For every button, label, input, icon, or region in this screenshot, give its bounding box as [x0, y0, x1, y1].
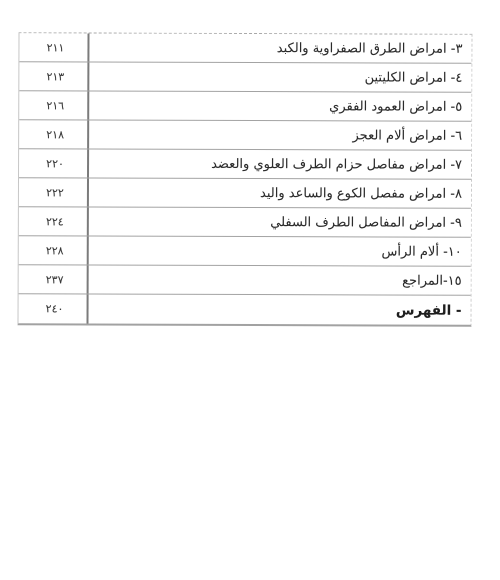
toc-row: ٢٢٤ ٩- امراض المفاصل الطرف السفلي [19, 207, 471, 238]
page-number: ٢٣٧ [42, 273, 64, 286]
page-number-cell: ٢١١ [19, 33, 89, 61]
title-cell: ٨- امراض مفصل الكوع والساعد واليد [89, 178, 471, 207]
title-cell: ٩- امراض المفاصل الطرف السفلي [89, 207, 471, 236]
page-number: ٢٢٢ [42, 186, 64, 199]
page-number: ٢١٣ [42, 70, 64, 83]
toc-row: ٢٣٧ ١٥-المراجع [19, 265, 471, 296]
page-number-cell: ٢٤٠ [18, 294, 88, 323]
chapter-title: ٧- امراض مفاصل حزام الطرف العلوي والعضد [211, 156, 462, 172]
title-cell: - الفهرس [88, 294, 470, 324]
scanned-document-page: ٢١١ ٣- امراض الطرق الصفراوية والكبد ٢١٣ … [0, 0, 500, 580]
chapter-title: ٤- امراض الكليتين [365, 70, 463, 85]
toc-row: ٢٢٢ ٨- امراض مفصل الكوع والساعد واليد [19, 178, 471, 209]
toc-row: ٢٢٠ ٧- امراض مفاصل حزام الطرف العلوي وال… [19, 149, 471, 180]
chapter-title: ٣- امراض الطرق الصفراوية والكبد [277, 41, 463, 57]
toc-row: ٢٢٨ ١٠- ألام الرأس [19, 236, 471, 267]
page-number-cell: ٢٣٧ [19, 265, 89, 293]
title-cell: ٥- امراض العمود الفقري [89, 91, 471, 120]
toc-row: ٢٤٠ - الفهرس [18, 294, 470, 325]
chapter-title: ١٥-المراجع [402, 273, 462, 288]
title-cell: ٧- امراض مفاصل حزام الطرف العلوي والعضد [89, 149, 471, 178]
title-cell: ٦- امراض ألام العجز [89, 120, 471, 149]
title-cell: ١٠- ألام الرأس [89, 236, 471, 265]
page-number-cell: ٢١٣ [19, 62, 89, 90]
page-number: ٢٢٤ [42, 215, 64, 228]
page-number: ٢١٦ [42, 99, 64, 112]
toc-row: ٢١٦ ٥- امراض العمود الفقري [19, 91, 471, 122]
page-number: ٢٢٠ [42, 157, 64, 170]
page-number-cell: ٢٢٢ [19, 178, 89, 206]
page-number-cell: ٢١٦ [19, 91, 89, 119]
page-number-cell: ٢٢٤ [19, 207, 89, 235]
page-number-cell: ٢٢٨ [19, 236, 89, 264]
toc-row: ٢١١ ٣- امراض الطرق الصفراوية والكبد [19, 33, 471, 64]
page-number-cell: ٢١٨ [19, 120, 89, 148]
toc-row: ٢١٣ ٤- امراض الكليتين [19, 62, 471, 93]
page-number: ٢١٨ [42, 128, 64, 141]
page-number: ٢٤٠ [42, 302, 64, 315]
chapter-title: - الفهرس [396, 302, 462, 318]
title-cell: ١٥-المراجع [89, 265, 471, 294]
chapter-title: ١٠- ألام الرأس [381, 244, 461, 259]
title-cell: ٤- امراض الكليتين [89, 62, 471, 91]
chapter-title: ٥- امراض العمود الفقري [329, 99, 462, 114]
chapter-title: ٨- امراض مفصل الكوع والساعد واليد [260, 186, 462, 202]
page-number-cell: ٢٢٠ [19, 149, 89, 177]
toc-table: ٢١١ ٣- امراض الطرق الصفراوية والكبد ٢١٣ … [17, 32, 472, 327]
title-cell: ٣- امراض الطرق الصفراوية والكبد [89, 33, 471, 62]
toc-row: ٢١٨ ٦- امراض ألام العجز [19, 120, 471, 151]
chapter-title: ٩- امراض المفاصل الطرف السفلي [270, 215, 462, 231]
chapter-title: ٦- امراض ألام العجز [352, 128, 462, 143]
page-number: ٢١١ [43, 41, 65, 54]
page-number: ٢٢٨ [42, 244, 64, 257]
